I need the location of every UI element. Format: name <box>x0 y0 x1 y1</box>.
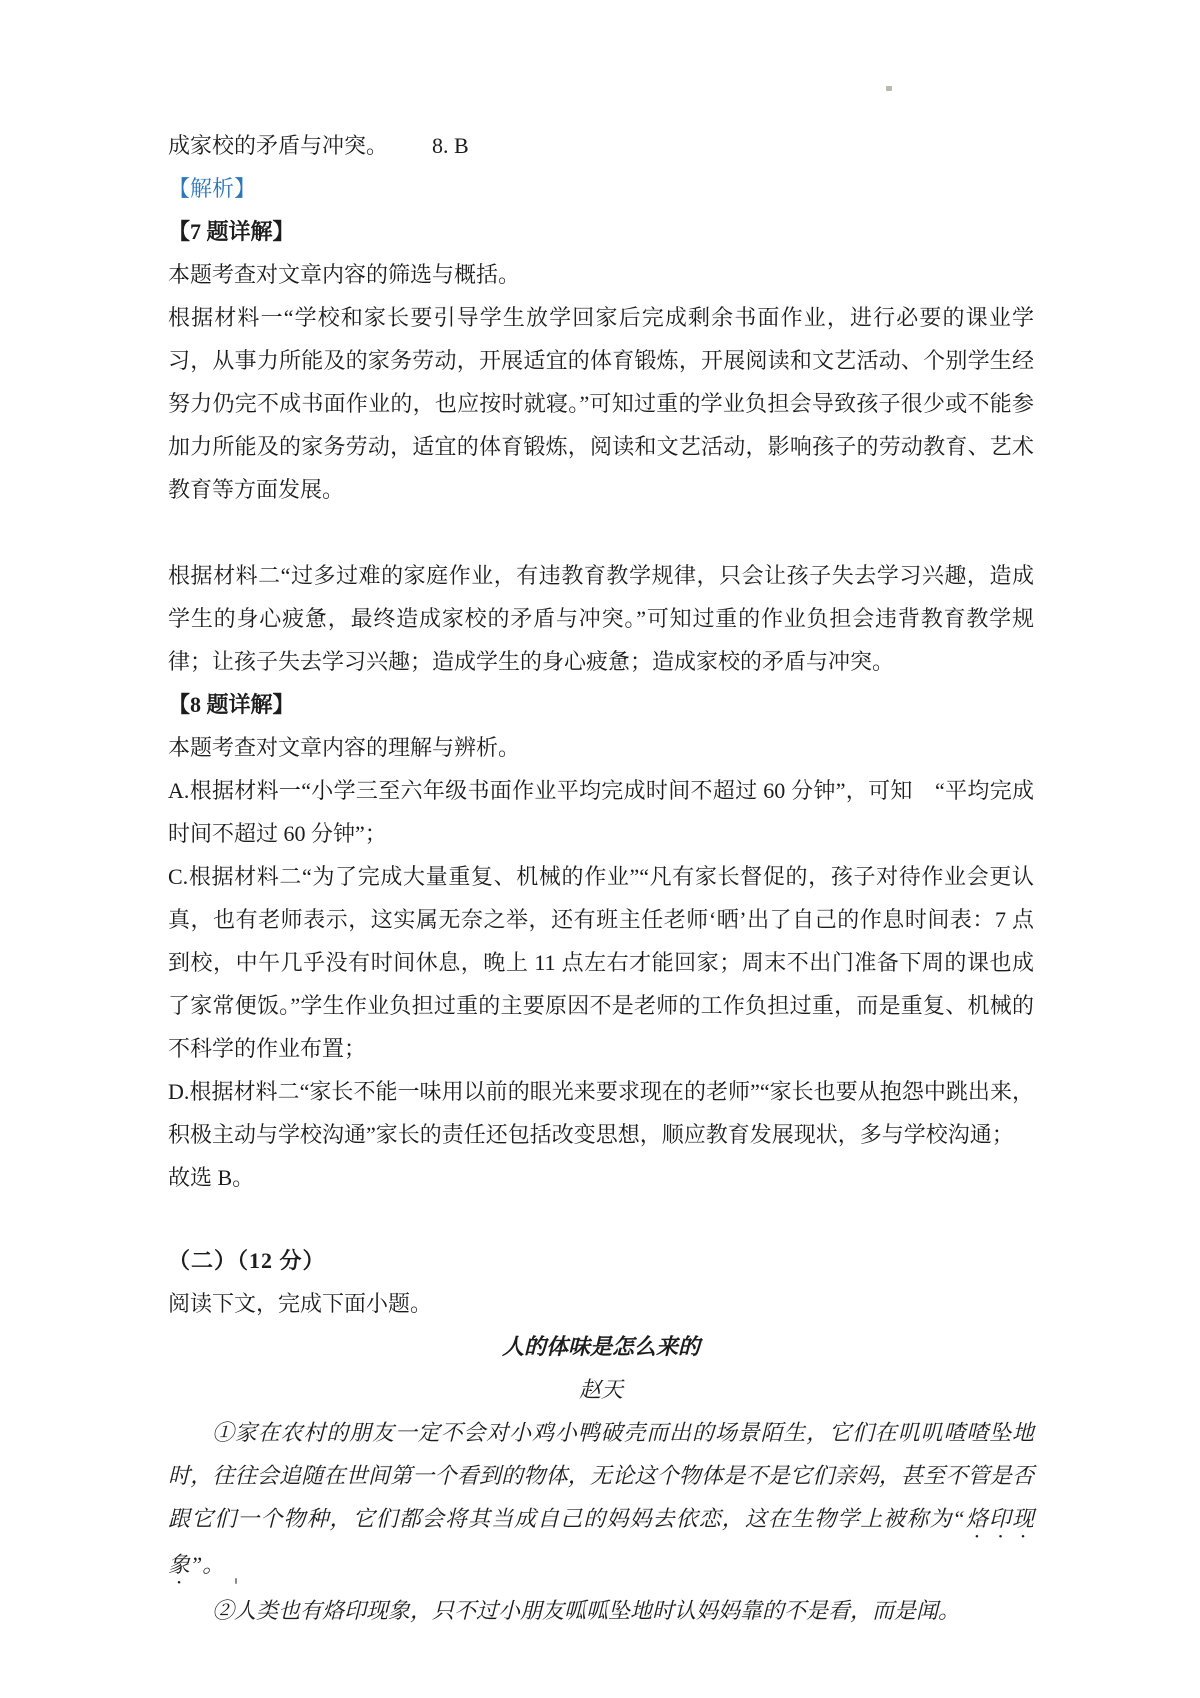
q8-conclusion: 故选 B。 <box>168 1156 1034 1199</box>
passage-p1-closing: ”。 <box>190 1552 224 1577</box>
q7-paragraph-1: 根据材料一“学校和家长要引导学生放学回家后完成剩余书面作业，进行必要的课业学习，… <box>168 296 1034 511</box>
answer-line: 成家校的矛盾与冲突。8. B <box>168 124 1034 167</box>
blank-gap <box>168 1199 1034 1239</box>
passage-author: 赵天 <box>168 1368 1034 1411</box>
passage-p1-text: ①家在农村的朋友一定不会对小鸡小鸭破壳而出的场景陌生，它们在叽叽喳喳坠地时，往往… <box>168 1420 1034 1531</box>
document-content: 成家校的矛盾与冲突。8. B 【解析】 【7 题详解】 本题考查对文章内容的筛选… <box>168 124 1034 1632</box>
passage-title: 人的体味是怎么来的 <box>168 1325 1034 1368</box>
analysis-label: 【解析】 <box>168 167 1034 210</box>
scan-speck-top <box>886 86 892 91</box>
q8-intro: 本题考查对文章内容的理解与辨析。 <box>168 726 1034 769</box>
q7-paragraph-2: 根据材料二“过多过难的家庭作业，有违教育教学规律，只会让孩子失去学习兴趣，造成学… <box>168 554 1034 683</box>
blank-line <box>168 511 1034 554</box>
q8-option-d-analysis: D.根据材料二“家长不能一味用以前的眼光来要求现在的老师”“家长也要从抱怨中跳出… <box>168 1070 1034 1156</box>
q8-detail-heading: 【8 题详解】 <box>168 683 1034 726</box>
document-page: 成家校的矛盾与冲突。8. B 【解析】 【7 题详解】 本题考查对文章内容的筛选… <box>0 0 1200 1698</box>
q7-intro: 本题考查对文章内容的筛选与概括。 <box>168 253 1034 296</box>
q8-option-a-analysis: A.根据材料一“小学三至六年级书面作业平均完成时间不超过 60 分钟”，可知 “… <box>168 769 1034 855</box>
passage-paragraph-2: ②人类也有烙印现象，只不过小朋友呱呱坠地时认妈妈靠的不是看，而是闻。 <box>168 1589 1034 1632</box>
section-2-instruction: 阅读下文，完成下面小题。 <box>168 1282 1034 1325</box>
q8-option-c-analysis: C.根据材料二“为了完成大量重复、机械的作业”“凡有家长督促的，孩子对待作业会更… <box>168 855 1034 1070</box>
section-2-heading: （二）（12 分） <box>168 1239 1034 1282</box>
passage-paragraph-1: ①家在农村的朋友一定不会对小鸡小鸭破壳而出的场景陌生，它们在叽叽喳喳坠地时，往往… <box>168 1411 1034 1589</box>
answer-line-text: 成家校的矛盾与冲突。 <box>168 133 388 158</box>
q7-detail-heading: 【7 题详解】 <box>168 210 1034 253</box>
answer-8-value: 8. B <box>432 133 469 158</box>
